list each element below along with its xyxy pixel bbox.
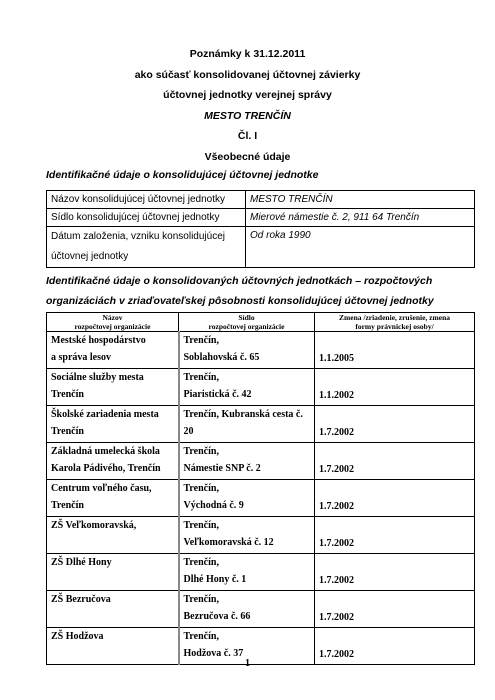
org-address: Trenčín,Bezručova č. 66 — [179, 591, 315, 628]
org-name: ZŠ Dlhé Hony — [47, 554, 179, 591]
org-change-date: 1.7.2002 — [315, 443, 475, 480]
row-label-line: Dátum založenia, vzniku konsolidujúcej — [51, 227, 241, 247]
org-address: Trenčín, Kubranská cesta č. 20 — [179, 406, 315, 443]
article-number: Čl. I — [0, 126, 495, 147]
column-header-address: Sídlorozpočtovej organizácie — [179, 313, 315, 332]
document-title-block: Poznámky k 31.12.2011 ako súčasť konsoli… — [0, 44, 495, 167]
org-name: ZŠ Veľkomoravská, — [47, 517, 179, 554]
title-subtitle: ako súčasť konsolidovanej účtovnej závie… — [0, 65, 495, 86]
table-row: ZŠ Dlhé Hony Trenčín,Dlhé Hony č. 1 1.7.… — [47, 554, 475, 591]
article-title: Všeobecné údaje — [0, 147, 495, 168]
table-row: ZŠ Veľkomoravská, Trenčín,Veľkomoravská … — [47, 517, 475, 554]
title-notes-date: Poznámky k 31.12.2011 — [0, 44, 495, 65]
table-row: Základná umelecká školaKarola Pádivého, … — [47, 443, 475, 480]
org-name: ZŠ Bezručova — [47, 591, 179, 628]
column-header-name: Názovrozpočtovej organizácie — [47, 313, 179, 332]
title-entity-type: účtovnej jednotky verejnej správy — [0, 85, 495, 106]
org-name: Mestské hospodárstvoa správa lesov — [47, 332, 179, 369]
org-address: Trenčín,Soblahovská č. 65 — [179, 332, 315, 369]
org-address: Trenčín,Námestie SNP č. 2 — [179, 443, 315, 480]
row-label: Sídlo konsolidujúcej účtovnej jednotky — [47, 209, 246, 227]
row-value: MESTO TRENČÍN — [246, 191, 475, 209]
table-header-row: Názovrozpočtovej organizácie Sídlorozpoč… — [47, 313, 475, 332]
consolidating-entity-table: Názov konsolidujúcej účtovnej jednotky M… — [46, 190, 475, 268]
table-row: Mestské hospodárstvoa správa lesov Trenč… — [47, 332, 475, 369]
org-name: Základná umelecká školaKarola Pádivého, … — [47, 443, 179, 480]
section1-heading: Identifikačné údaje o konsolidujúcej účt… — [46, 165, 318, 185]
row-label-line: účtovnej jednotky — [51, 247, 241, 267]
title-entity-name: MESTO TRENČÍN — [0, 106, 495, 127]
table-row: Dátum založenia, vzniku konsolidujúcej ú… — [47, 227, 475, 268]
org-address: Trenčín,Piaristická č. 42 — [179, 369, 315, 406]
row-value: Od roka 1990 — [246, 227, 475, 268]
org-change-date: 1.7.2002 — [315, 406, 475, 443]
row-label: Dátum založenia, vzniku konsolidujúcej ú… — [47, 227, 246, 268]
row-label: Názov konsolidujúcej účtovnej jednotky — [47, 191, 246, 209]
table-row: Centrum voľného času,Trenčín Trenčín,Výc… — [47, 480, 475, 517]
org-change-date: 1.7.2002 — [315, 480, 475, 517]
section2-heading-line1: Identifikačné údaje o konsolidovaných úč… — [46, 271, 432, 291]
org-change-date: 1.7.2002 — [315, 591, 475, 628]
table-row: ZŠ Bezručova Trenčín,Bezručova č. 66 1.7… — [47, 591, 475, 628]
org-address: Trenčín,Veľkomoravská č. 12 — [179, 517, 315, 554]
page-number: 1 — [0, 658, 495, 669]
table-row: Školské zariadenia mestaTrenčín Trenčín,… — [47, 406, 475, 443]
org-name: Školské zariadenia mestaTrenčín — [47, 406, 179, 443]
table-row: Sociálne služby mesta Trenčín Trenčín,Pi… — [47, 369, 475, 406]
org-address: Trenčín,Dlhé Hony č. 1 — [179, 554, 315, 591]
row-value: Mierové námestie č. 2, 911 64 Trenčín — [246, 209, 475, 227]
section2-heading-line2: organizáciách v zriaďovateľskej pôsobnos… — [46, 291, 434, 311]
org-change-date: 1.7.2002 — [315, 517, 475, 554]
table-row: Sídlo konsolidujúcej účtovnej jednotky M… — [47, 209, 475, 227]
org-change-date: 1.1.2005 — [315, 332, 475, 369]
org-name: Sociálne služby mesta Trenčín — [47, 369, 179, 406]
consolidated-units-table: Názovrozpočtovej organizácie Sídlorozpoč… — [46, 312, 475, 665]
table-row: Názov konsolidujúcej účtovnej jednotky M… — [47, 191, 475, 209]
org-change-date: 1.7.2002 — [315, 554, 475, 591]
org-address: Trenčín,Východná č. 9 — [179, 480, 315, 517]
column-header-change: Zmena /zriadenie, zrušenie, zmenaformy p… — [315, 313, 475, 332]
org-change-date: 1.1.2002 — [315, 369, 475, 406]
org-name: Centrum voľného času,Trenčín — [47, 480, 179, 517]
